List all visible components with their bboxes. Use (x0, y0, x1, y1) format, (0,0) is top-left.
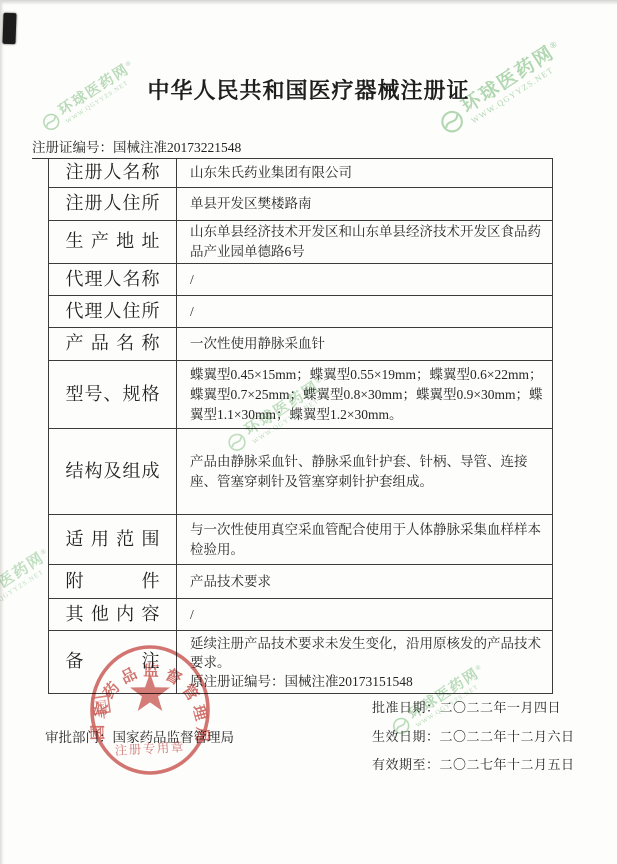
table-row: 适用范围 与一次性使用真空采血管配合使用于人体静脉采集血样样本检验用。 (49, 515, 552, 565)
table-row: 型号、规格 蝶翼型0.45×15mm；蝶翼型0.55×19mm；蝶翼型0.6×2… (49, 361, 552, 429)
table-row: 代理人住所 / (49, 296, 552, 328)
certificate-title: 中华人民共和国医疗器械注册证 (0, 74, 617, 105)
row-value: 山东单县经济技术开发区和山东单县经济技术开发区食品药品产业园单德路6号 (177, 221, 552, 263)
row-label: 型号、规格 (49, 361, 177, 428)
globe-leaf-icon (435, 105, 469, 139)
table-row: 产品名称 一次性使用静脉采血针 (49, 328, 552, 361)
table-row: 注册人住所 单县开发区樊楼路南 (49, 188, 552, 221)
row-label: 注册人住所 (49, 188, 177, 220)
row-label: 适用范围 (49, 515, 177, 564)
table-row: 附件 产品技术要求 (49, 565, 552, 599)
table-row: 结构及组成 产品由静脉采血针、静脉采血针护套、针柄、导管、连接座、管塞穿刺针及管… (49, 429, 552, 515)
row-label: 结构及组成 (49, 429, 177, 514)
approval-date: 批准日期：二〇二二年一月四日 (372, 697, 575, 716)
row-value: 产品技术要求 (177, 565, 552, 598)
row-value: 产品由静脉采血针、静脉采血针护套、针柄、导管、连接座、管塞穿刺针及管塞穿刺针护套… (177, 429, 552, 514)
row-label: 产品名称 (49, 328, 177, 360)
row-value: 蝶翼型0.45×15mm；蝶翼型0.55×19mm；蝶翼型0.6×22mm；蝶翼… (177, 361, 552, 428)
row-value: 一次性使用静脉采血针 (177, 328, 552, 360)
certificate-page: 中华人民共和国医疗器械注册证 注册证编号：国械注准20173221548 注册人… (0, 0, 617, 864)
row-value: 与一次性使用真空采血管配合使用于人体静脉采集血样样本检验用。 (177, 515, 552, 564)
table-row: 其他内容 / (49, 599, 552, 631)
row-label: 生产地址 (49, 221, 177, 263)
certificate-number: 注册证编号：国械注准20173221548 (32, 136, 244, 159)
row-label: 代理人名称 (49, 264, 177, 295)
row-label: 其他内容 (49, 599, 177, 630)
scan-edge-artifact (0, 0, 4, 864)
row-label: 代理人住所 (49, 296, 177, 327)
official-seal: 国家药品监督管理局 国 注册专用章 (80, 637, 220, 787)
table-row: 生产地址 山东单县经济技术开发区和山东单县经济技术开发区食品药品产业园单德路6号 (49, 221, 552, 264)
expiry-date: 有效期至：二〇二七年十二月五日 (372, 754, 575, 773)
row-value: 山东朱氏药业集团有限公司 (177, 159, 552, 187)
certificate-table: 注册人名称 山东朱氏药业集团有限公司 注册人住所 单县开发区樊楼路南 生产地址 … (48, 158, 553, 694)
row-label: 附件 (49, 565, 177, 598)
row-value: / (177, 296, 552, 327)
date-block: 批准日期：二〇二二年一月四日 生效日期：二〇二二年十二月六日 有效期至：二〇二七… (372, 697, 575, 783)
table-row: 注册人名称 山东朱氏药业集团有限公司 (49, 159, 552, 188)
seal-emblem-char: 国 (94, 698, 108, 714)
row-label: 注册人名称 (49, 159, 177, 187)
table-row: 代理人名称 / (49, 264, 552, 296)
row-value: / (177, 599, 552, 630)
scan-ink-mark (2, 13, 16, 44)
scan-edge-artifact (0, 0, 617, 5)
effective-date: 生效日期：二〇二二年十二月六日 (372, 726, 575, 745)
row-value: / (177, 264, 552, 295)
globe-leaf-icon (38, 109, 64, 135)
seal-subtitle: 注册专用章 (114, 739, 185, 758)
row-value: 延续注册产品技术要求未发生变化，沿用原核发的产品技术要求。 原注册证编号：国械注… (177, 631, 552, 693)
row-value: 单县开发区樊楼路南 (177, 188, 552, 220)
